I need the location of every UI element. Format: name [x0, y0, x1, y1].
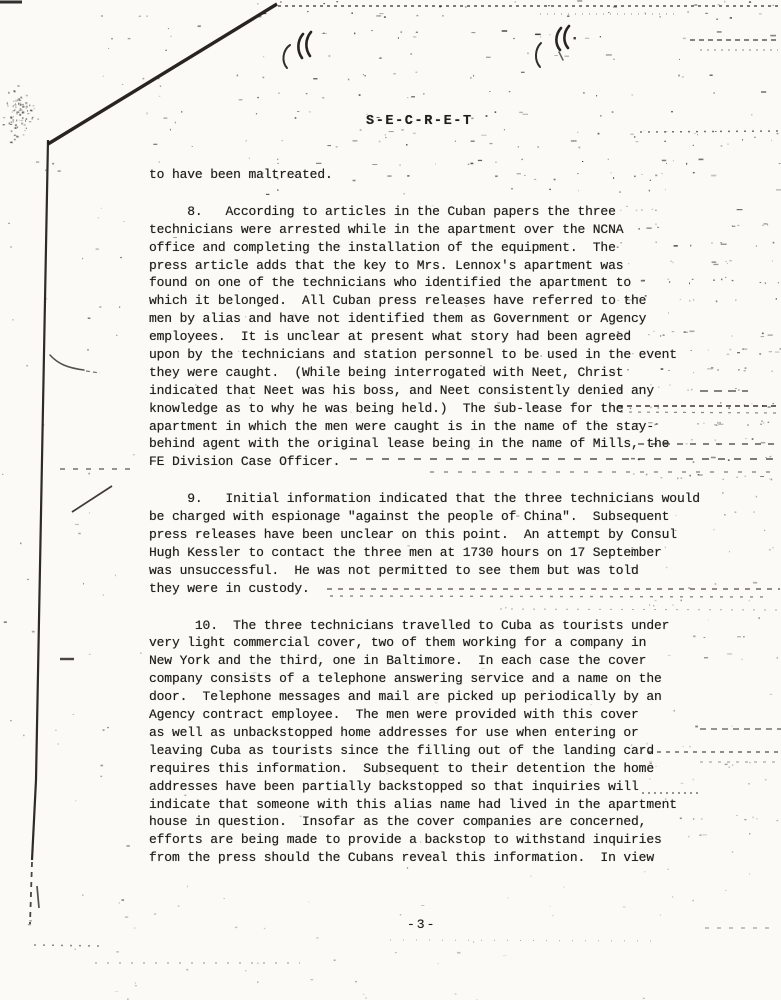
text-line: door. Telephone messages and mail are pi… — [149, 688, 739, 706]
text-line: as well as unbackstopped home addresses … — [149, 724, 739, 742]
text-line: Hugh Kessler to contact the three men at… — [149, 544, 739, 562]
text-line: efforts are being made to provide a back… — [149, 831, 739, 849]
text-line: technicians were arrested while in the a… — [149, 221, 739, 239]
text-line: found on one of the technicians who iden… — [149, 274, 739, 292]
text-line: was unsuccessful. He was not permitted t… — [149, 562, 739, 580]
text-line: behind agent with the original lease bei… — [149, 435, 739, 453]
text-line: indicated that Neet was his boss, and Ne… — [149, 382, 739, 400]
document-body: to have been maltreated. 8. According to… — [149, 166, 739, 867]
text-line: which it belonged. All Cuban press relea… — [149, 292, 739, 310]
paragraph-10: 10. The three technicians travelled to C… — [149, 617, 739, 867]
text-line: press releases have been unclear on this… — [149, 526, 739, 544]
text-line: 10. The three technicians travelled to C… — [149, 617, 739, 635]
text-line: 9. Initial information indicated that th… — [149, 490, 739, 508]
text-line: they were in custody. — [149, 580, 739, 598]
paragraph-intro: to have been maltreated. — [149, 166, 739, 184]
text-line: they were caught. (While being interroga… — [149, 364, 739, 382]
page-number: -3- — [407, 917, 436, 932]
text-line: to have been maltreated. — [149, 166, 739, 184]
text-line: very light commercial cover, two of them… — [149, 634, 739, 652]
text-line: addresses have been partially backstoppe… — [149, 778, 739, 796]
text-line: employees. It is unclear at present what… — [149, 328, 739, 346]
classification-header: S-E-C-R-E-T — [366, 114, 473, 129]
text-line: upon by the technicians and station pers… — [149, 346, 739, 364]
paragraph-9: 9. Initial information indicated that th… — [149, 490, 739, 597]
text-line: men by alias and have not identified the… — [149, 310, 739, 328]
text-line: knowledge as to why he was being held.) … — [149, 400, 739, 418]
text-line: leaving Cuba as tourists since the filli… — [149, 742, 739, 760]
text-line: press article adds that the key to Mrs. … — [149, 257, 739, 275]
text-line: office and completing the installation o… — [149, 239, 739, 257]
document-page: S-E-C-R-E-T to have been maltreated. 8. … — [0, 0, 781, 1000]
text-line: apartment in which the men were caught i… — [149, 418, 739, 436]
text-line: 8. According to articles in the Cuban pa… — [149, 203, 739, 221]
text-line: indicate that someone with this alias na… — [149, 796, 739, 814]
text-line: Agency contract employee. The men were p… — [149, 706, 739, 724]
text-line: be charged with espionage "against the p… — [149, 508, 739, 526]
text-line: from the press should the Cubans reveal … — [149, 849, 739, 867]
text-line: FE Division Case Officer. — [149, 453, 739, 471]
text-line: requires this information. Subsequent to… — [149, 760, 739, 778]
paragraph-8: 8. According to articles in the Cuban pa… — [149, 203, 739, 471]
text-line: New York and the third, one in Baltimore… — [149, 652, 739, 670]
text-line: company consists of a telephone answerin… — [149, 670, 739, 688]
text-line: house in question. Insofar as the cover … — [149, 813, 739, 831]
